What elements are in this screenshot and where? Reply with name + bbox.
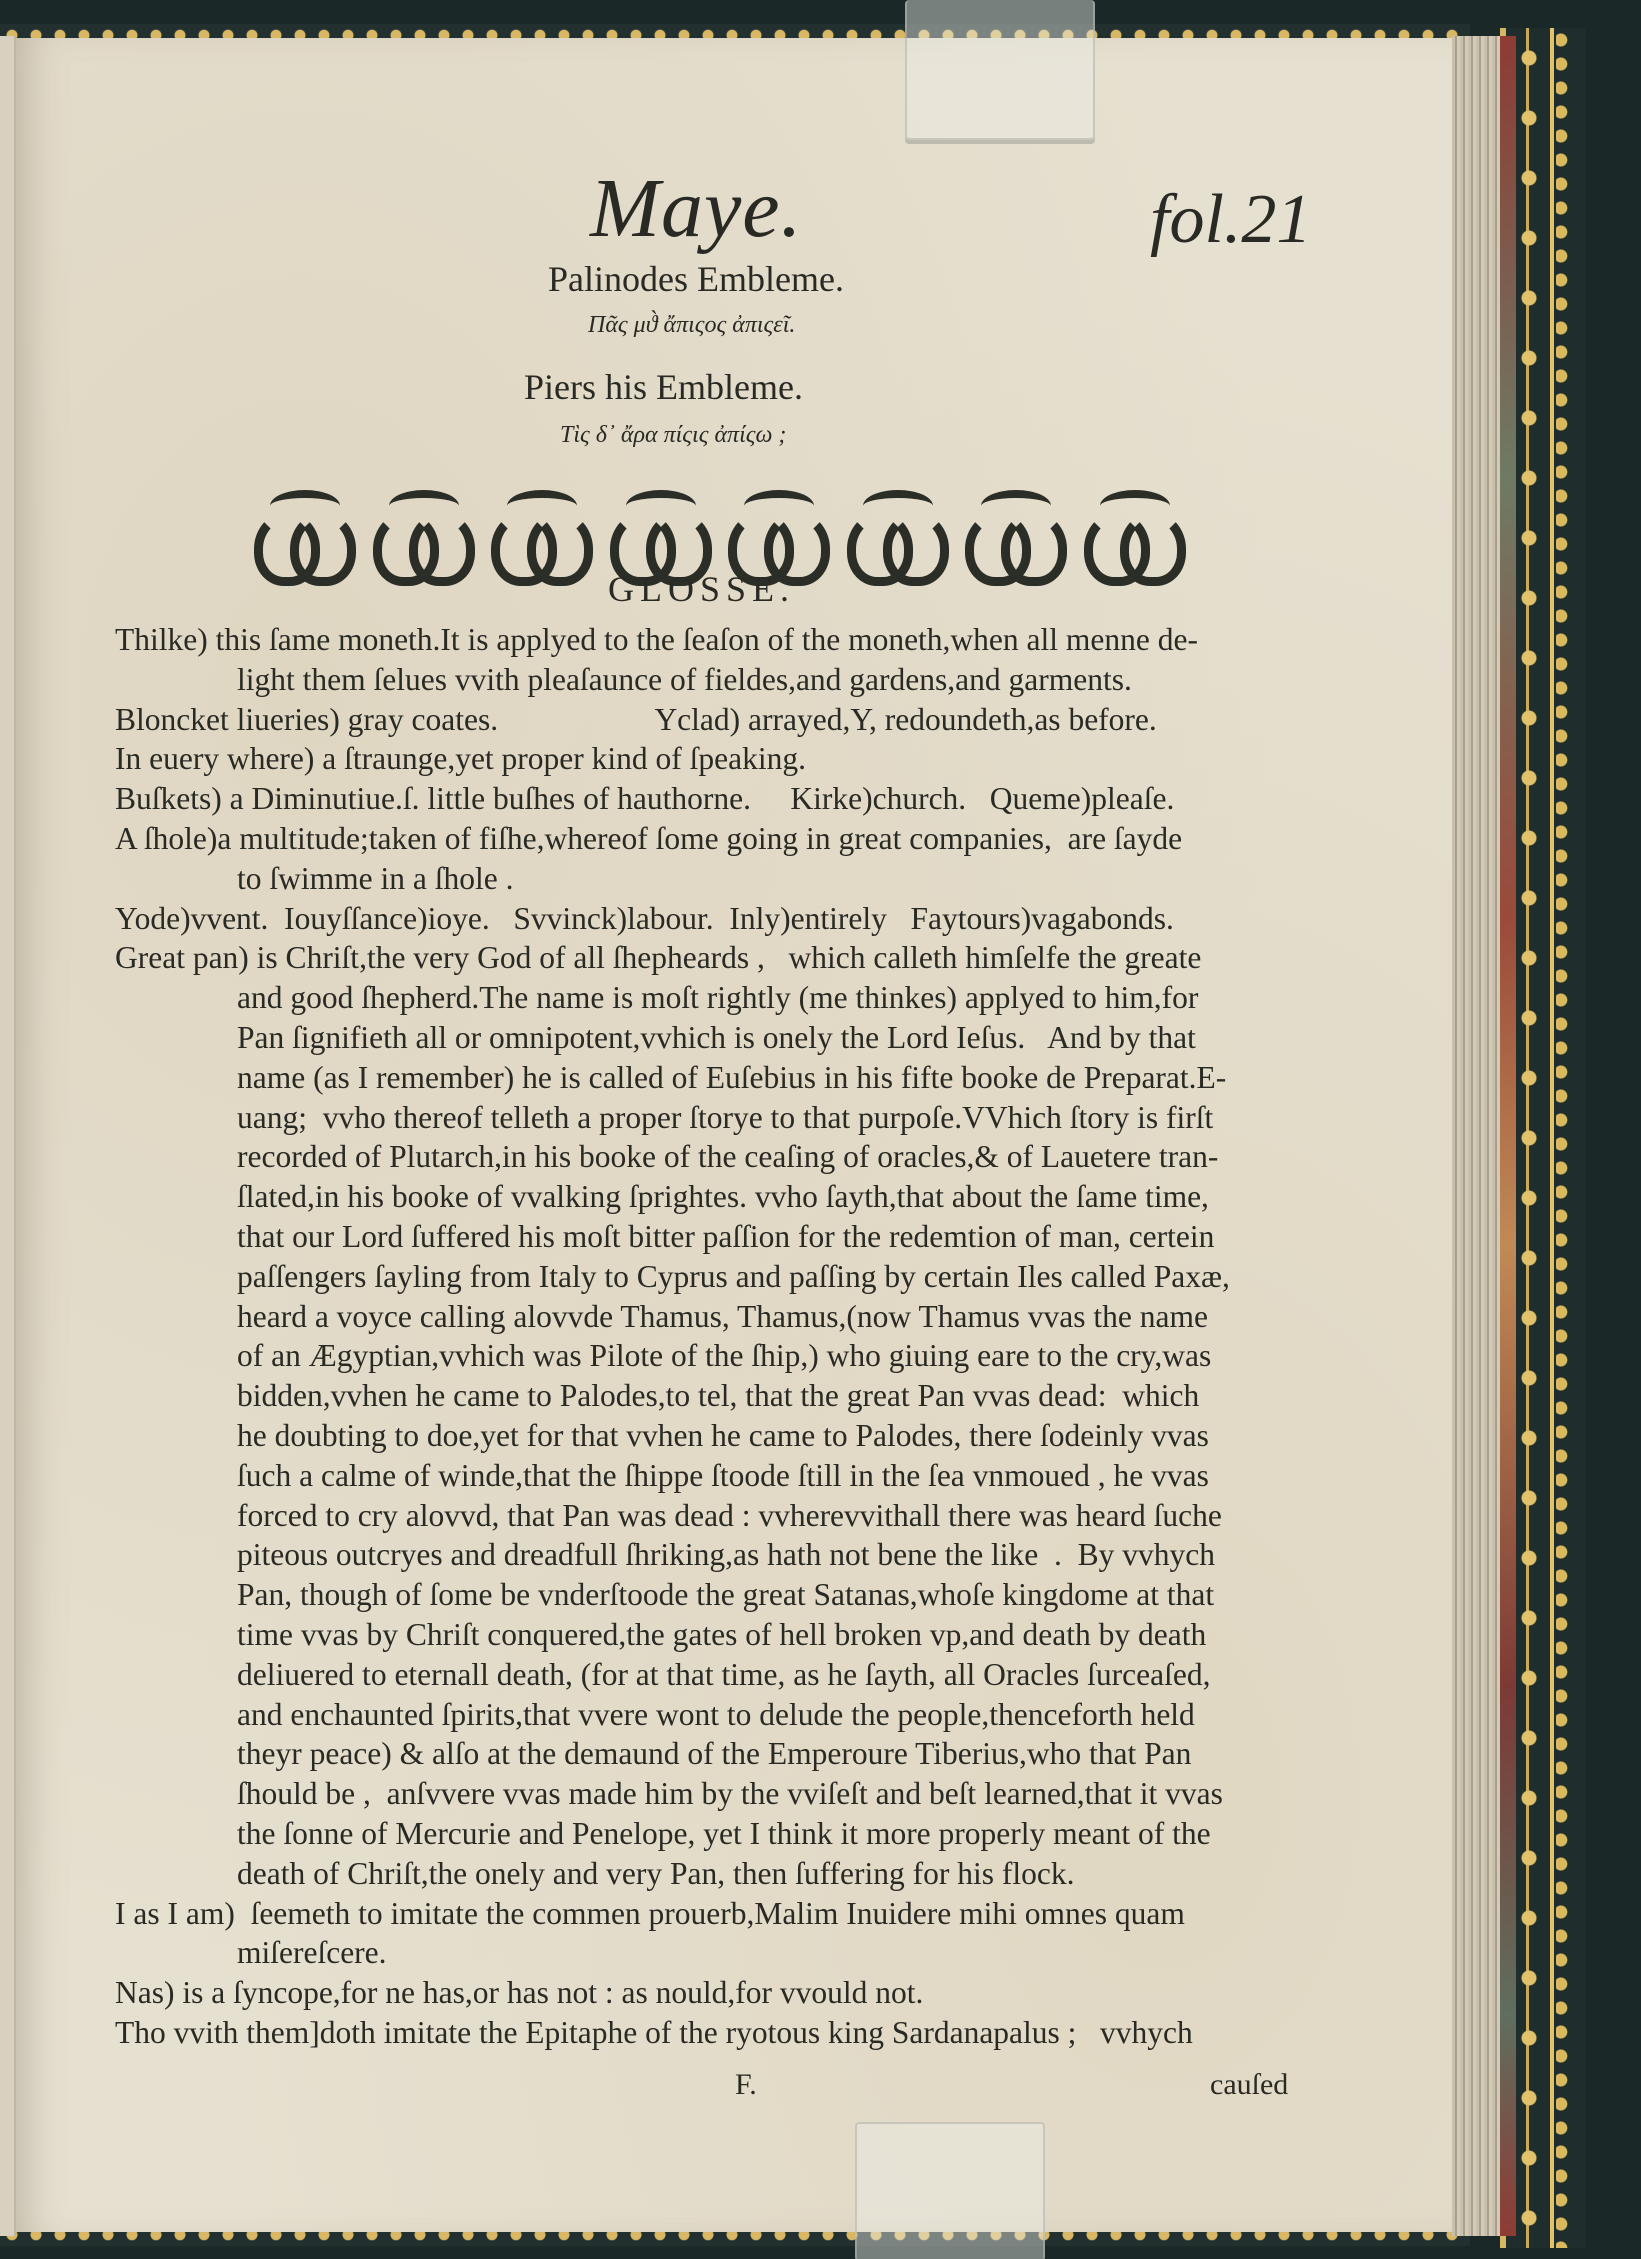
gloss-line: name (as I remember) he is called of Euſ… [115,1058,1325,1098]
gloss-line: ſuch a calme of winde,that the ſhippe ſt… [115,1456,1325,1496]
fleuron-ornament [606,490,716,570]
gloss-line: to ſwimme in a ſhole . [115,859,1325,899]
gloss-line: Great pan) is Chriſt,the very God of all… [115,938,1325,978]
gloss-line: death of Chriſt,the onely and very Pan, … [115,1854,1325,1894]
gloss-line: forced to cry alovvd, that Pan was dead … [115,1496,1325,1536]
gloss-line: deliuered to eternall death, (for at tha… [115,1655,1325,1695]
gloss-line: uang; vvho thereof telleth a proper ſtor… [115,1098,1325,1138]
gloss-line: I as I am) ſeemeth to imitate the commen… [115,1894,1325,1934]
gloss-line: Yode)vvent. Iouyſſance)ioye. Svvinck)lab… [115,899,1325,939]
gloss-line: ſhould be , anſvvere vvas made him by th… [115,1774,1325,1814]
gloss-line: ſlated,in his booke of vvalking ſprighte… [115,1177,1325,1217]
glosse-heading: GLOSSE. [608,568,795,610]
gloss-line: paſſengers ſayling from Italy to Cyprus … [115,1257,1325,1297]
gloss-line: heard a voyce calling alovvde Thamus, Th… [115,1297,1325,1337]
gloss-line: he doubting to doe,yet for that vvhen he… [115,1416,1325,1456]
gloss-line: In euery where) a ſtraunge,yet proper ki… [115,739,1325,779]
fleuron-ornament [843,490,953,570]
gloss-line: Tho vvith them]doth imitate the Epitaphe… [115,2013,1325,2053]
gloss-line: and enchaunted ſpirits,that vvere wont t… [115,1695,1325,1735]
glass-page-weight-bottom [855,2122,1045,2259]
gloss-line: time vvas by Chriſt conquered,the gates … [115,1615,1325,1655]
facing-page-edge [0,36,16,2236]
fleuron-ornament [1080,490,1190,570]
gloss-line: Buſkets) a Diminutiue.ſ. little buſhes o… [115,779,1325,819]
gloss-line: theyr peace) & alſo at the demaund of th… [115,1734,1325,1774]
fleuron-ornament [369,490,479,570]
emblem-title-piers: Piers his Embleme. [524,366,803,408]
gloss-line: Thilke) this ſame moneth.It is applyed t… [115,620,1325,660]
gilt-border-top [0,24,1470,38]
gloss-line: bidden,vvhen he came to Palodes,to tel, … [115,1376,1325,1416]
catchword: cauſed [1210,2068,1288,2102]
gloss-line: of an Ægyptian,vvhich was Pilote of the … [115,1336,1325,1376]
folio-number: fol.21 [1150,180,1311,260]
emblem-title-palinode: Palinodes Embleme. [548,258,844,300]
gloss-line: Nas) is a ſyncope,for ne has,or has not … [115,1973,1325,2013]
gloss-line: Bloncket liueries) gray coates. Yclad) a… [115,700,1325,740]
gilt-border-bottom [0,2232,1470,2246]
page-fore-edge [1452,36,1502,2236]
gloss-line: Pan ſignifieth all or omnipotent,vvhich … [115,1018,1325,1058]
gloss-line: the ſonne of Mercurie and Penelope, yet … [115,1814,1325,1854]
glass-page-weight-top [905,0,1095,140]
fleuron-ornament [487,490,597,570]
running-head: Maye. [590,160,803,257]
signature-mark: F. [735,2068,757,2102]
gloss-line: piteous outcryes and dreadfull ſhriking,… [115,1535,1325,1575]
emblem-motto-palinode: Πᾶς μϑ̀ ἄπιςος ἀπιςεῖ. [588,312,795,339]
gloss-line: A ſhole)a multitude;taken of fiſhe,where… [115,819,1325,859]
gloss-line: that our Lord ſuffered his moſt bitter p… [115,1217,1325,1257]
gilt-vine-ornament [1514,28,1544,2248]
printer-ornament-band [250,490,1190,570]
gloss-line: recorded of Plutarch,in his booke of the… [115,1137,1325,1177]
gloss-line: miſereſcere. [115,1933,1325,1973]
fleuron-ornament [961,490,1071,570]
glosse-body: Thilke) this ſame moneth.It is applyed t… [115,620,1325,2053]
gloss-line: Pan, though of ſome be vnderſtoode the g… [115,1575,1325,1615]
gloss-line: light them ſelues vvith pleaſaunce of fi… [115,660,1325,700]
fleuron-ornament [250,490,360,570]
gilt-dentelle [1556,28,1572,2248]
gilt-rule [1550,28,1554,2248]
emblem-motto-piers: Τὶς δ᾽ ἄρα πίςις ἀπίςω ; [560,422,786,449]
fleuron-ornament [724,490,834,570]
gloss-line: and good ſhepherd.The name is moſt right… [115,978,1325,1018]
marbled-endpaper-edge [1500,36,1516,2236]
